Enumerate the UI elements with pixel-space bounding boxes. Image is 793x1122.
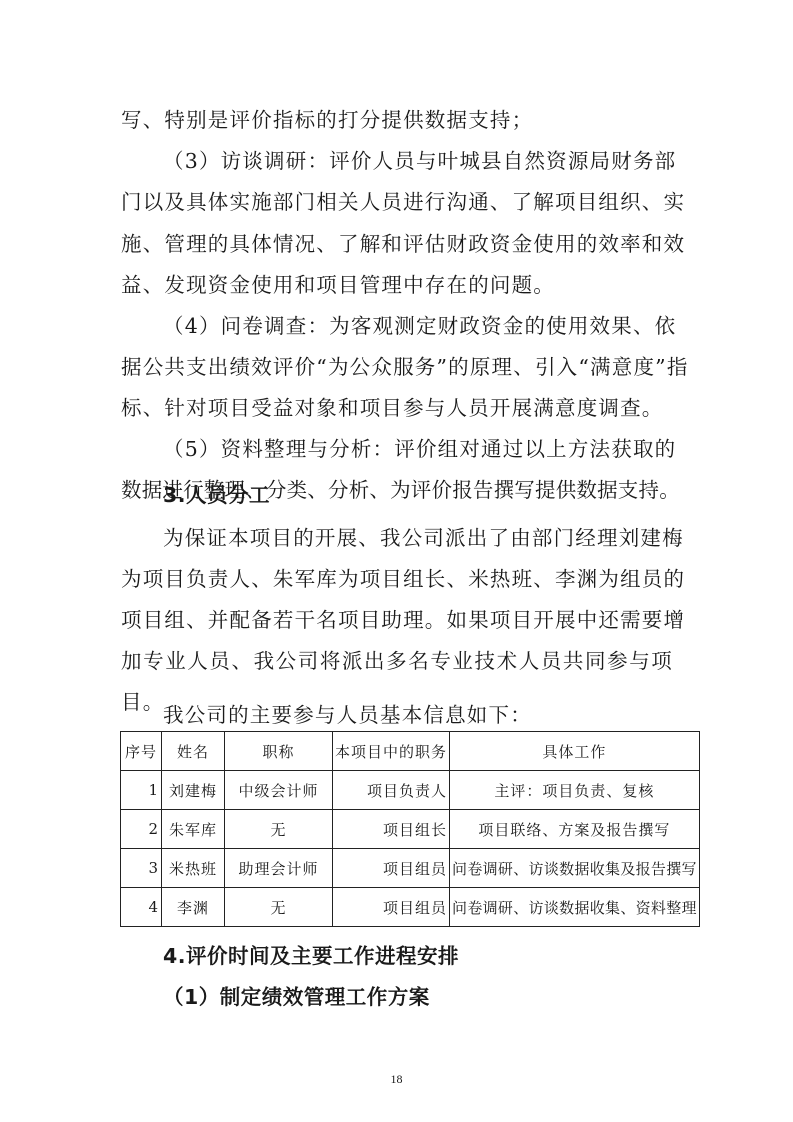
cell-title: 中级会计师 xyxy=(225,771,333,810)
table-row: 3 米热班 助理会计师 项目组员 问卷调研、访谈数据收集及报告撰写 xyxy=(121,849,700,888)
cell-work: 项目联络、方案及报告撰写 xyxy=(450,810,700,849)
cell-work: 问卷调研、访谈数据收集、资料整理 xyxy=(450,888,700,927)
paragraph-line: 加专业人员、我公司将派出多名专业技术人员共同参与项 xyxy=(121,641,673,681)
cell-title: 助理会计师 xyxy=(225,849,333,888)
header-index: 序号 xyxy=(121,732,162,771)
paragraph-line: 标、针对项目受益对象和项目参与人员开展满意度调查。 xyxy=(121,388,673,428)
table-row: 2 朱军库 无 项目组长 项目联络、方案及报告撰写 xyxy=(121,810,700,849)
cell-index: 2 xyxy=(121,810,162,849)
cell-role: 项目组员 xyxy=(333,888,450,927)
cell-name: 刘建梅 xyxy=(162,771,225,810)
subsection-heading: （1）制定绩效管理工作方案 xyxy=(163,977,430,1017)
cell-work: 问卷调研、访谈数据收集及报告撰写 xyxy=(450,849,700,888)
header-name: 姓名 xyxy=(162,732,225,771)
table-row: 1 刘建梅 中级会计师 项目负责人 主评：项目负责、复核 xyxy=(121,771,700,810)
header-work: 具体工作 xyxy=(450,732,700,771)
cell-name: 朱军库 xyxy=(162,810,225,849)
staff-table: 序号 姓名 职称 本项目中的职务 具体工作 1 刘建梅 中级会计师 项目负责人 … xyxy=(120,731,700,927)
header-title: 职称 xyxy=(225,732,333,771)
cell-work: 主评：项目负责、复核 xyxy=(450,771,700,810)
section-heading-3: 3.人员分工 xyxy=(163,475,270,515)
paragraph-line: 为保证本项目的开展、我公司派出了由部门经理刘建梅 xyxy=(163,518,673,558)
cell-role: 项目组员 xyxy=(333,849,450,888)
paragraph-line: （5）资料整理与分析：评价组对通过以上方法获取的 xyxy=(163,429,673,469)
cell-index: 3 xyxy=(121,849,162,888)
paragraph-line: 据公共支出绩效评价“为公众服务”的原理、引入“满意度”指 xyxy=(121,347,673,387)
table-header-row: 序号 姓名 职称 本项目中的职务 具体工作 xyxy=(121,732,700,771)
cell-title: 无 xyxy=(225,810,333,849)
paragraph-line: 门以及具体实施部门相关人员进行沟通、了解项目组织、实 xyxy=(121,182,673,222)
paragraph-line: 益、发现资金使用和项目管理中存在的问题。 xyxy=(121,265,673,305)
cell-name: 米热班 xyxy=(162,849,225,888)
paragraph-line: （3）访谈调研：评价人员与叶城县自然资源局财务部 xyxy=(163,141,673,181)
paragraph-line: （4）问卷调查：为客观测定财政资金的使用效果、依 xyxy=(163,306,673,346)
cell-role: 项目组长 xyxy=(333,810,450,849)
cell-title: 无 xyxy=(225,888,333,927)
section-heading-4: 4.评价时间及主要工作进程安排 xyxy=(163,936,459,976)
cell-role: 项目负责人 xyxy=(333,771,450,810)
paragraph-line: 项目组、并配备若干名项目助理。如果项目开展中还需要增 xyxy=(121,600,673,640)
cell-index: 4 xyxy=(121,888,162,927)
page-number: 18 xyxy=(0,1072,793,1087)
header-role: 本项目中的职务 xyxy=(333,732,450,771)
paragraph-line: 为项目负责人、朱军库为项目组长、米热班、李渊为组员的 xyxy=(121,559,673,599)
paragraph-line: 施、管理的具体情况、了解和评估财政资金使用的效率和效 xyxy=(121,224,673,264)
paragraph-line: 写、特别是评价指标的打分提供数据支持； xyxy=(121,100,673,140)
cell-name: 李渊 xyxy=(162,888,225,927)
table-intro: 我公司的主要参与人员基本信息如下： xyxy=(163,705,673,725)
table-row: 4 李渊 无 项目组员 问卷调研、访谈数据收集、资料整理 xyxy=(121,888,700,927)
cell-index: 1 xyxy=(121,771,162,810)
